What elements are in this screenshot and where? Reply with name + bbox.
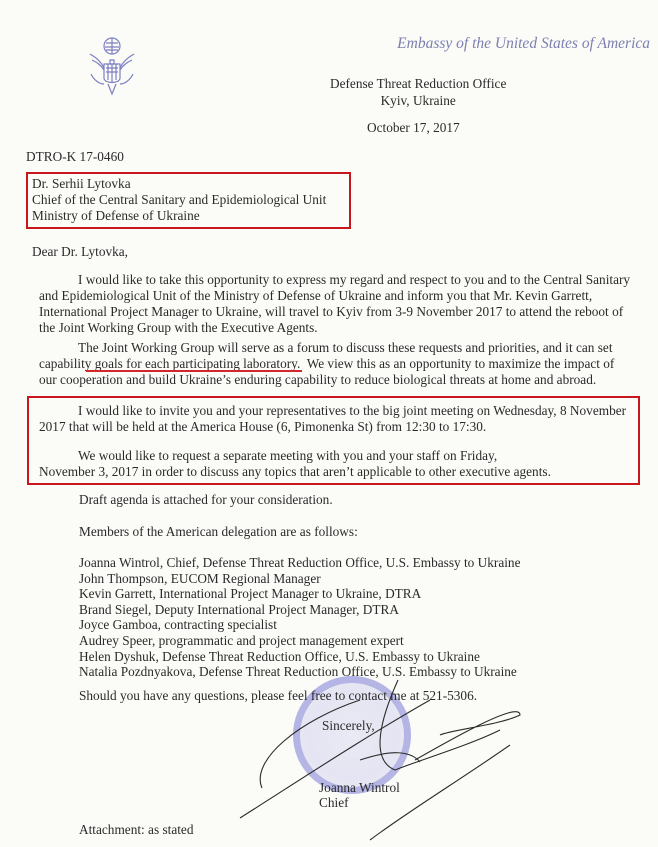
handwritten-signature-icon xyxy=(0,0,658,847)
attachment-note: Attachment: as stated xyxy=(79,822,193,838)
